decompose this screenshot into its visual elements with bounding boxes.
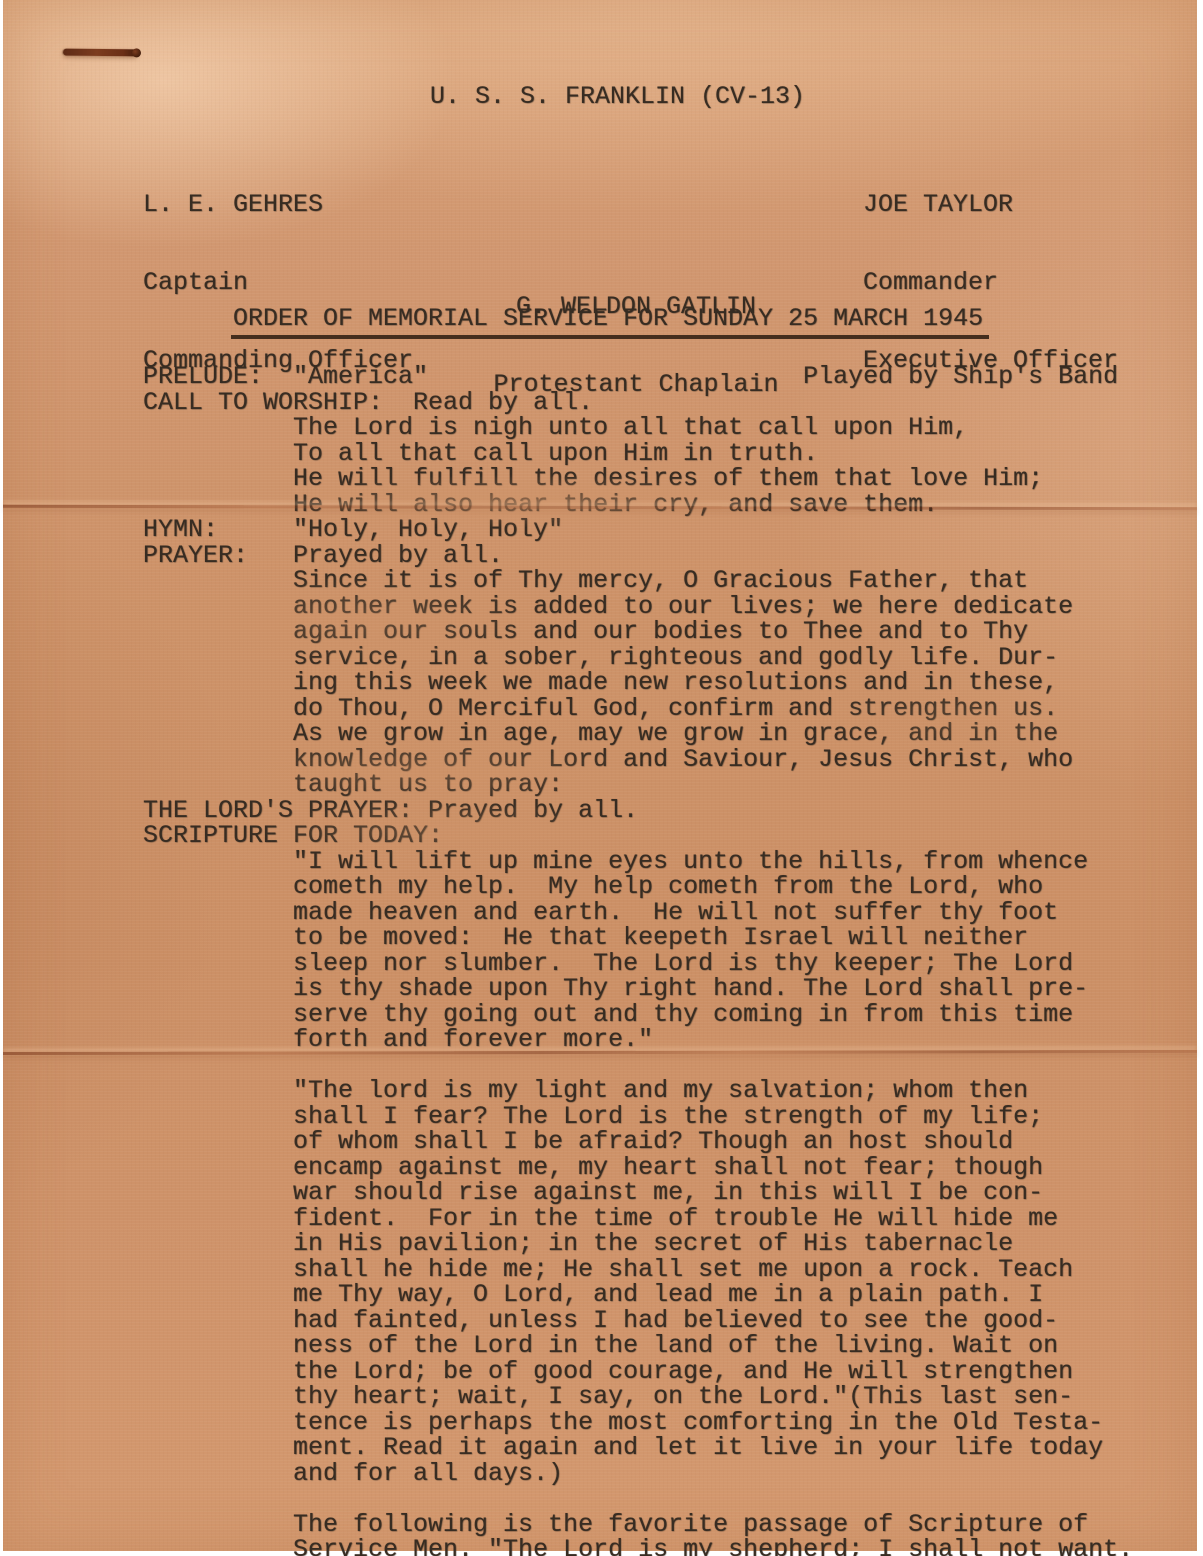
typed-line: do Thou, O Merciful God, confirm and str… [143, 696, 1133, 722]
typed-line: to be moved: He that keepeth Israel will… [143, 925, 1133, 951]
typed-line: another week is added to our lives; we h… [143, 594, 1133, 620]
typed-line: ing this week we made new resolutions an… [143, 670, 1133, 696]
typed-line: "The lord is my light and my salvation; … [143, 1078, 1133, 1104]
officer-rank: Commander [863, 270, 1118, 296]
typed-line: the Lord; be of good courage, and He wil… [143, 1359, 1133, 1385]
typed-line: again our souls and our bodies to Thee a… [143, 619, 1133, 645]
typed-line: Since it is of Thy mercy, O Gracious Fat… [143, 568, 1133, 594]
typed-line: ness of the Lord in the land of the livi… [143, 1333, 1133, 1359]
typed-line: of whom shall I be afraid? Though an hos… [143, 1129, 1133, 1155]
officer-rank: Captain [143, 270, 413, 296]
typed-line: The Lord is nigh unto all that call upon… [143, 415, 1133, 441]
typed-line: SCRIPTURE FOR TODAY: [143, 823, 1133, 849]
staple [63, 49, 138, 57]
document-paper: U. S. S. FRANKLIN (CV-13) L. E. GEHRES C… [3, 0, 1197, 1551]
officer-name: L. E. GEHRES [143, 192, 413, 218]
typed-line: fident. For in the time of trouble He wi… [143, 1206, 1133, 1232]
typed-line: tence is perhaps the most comforting in … [143, 1410, 1133, 1436]
typed-line: To all that call upon Him in truth. [143, 441, 1133, 467]
typed-line: As we grow in age, may we grow in grace,… [143, 721, 1133, 747]
typed-line: THE LORD'S PRAYER: Prayed by all. [143, 798, 1133, 824]
typed-line: CALL TO WORSHIP: Read by all. [143, 390, 1133, 416]
typed-line: shall I fear? The Lord is the strength o… [143, 1104, 1133, 1130]
typed-line: encamp against me, my heart shall not fe… [143, 1155, 1133, 1181]
typed-line: taught us to pray: [143, 772, 1133, 798]
typed-line: cometh my help. My help cometh from the … [143, 874, 1133, 900]
officer-name: JOE TAYLOR [863, 192, 1118, 218]
typed-line: PRELUDE: "America" Played by Ship's Band [143, 364, 1133, 390]
typed-line: serve thy going out and thy coming in fr… [143, 1002, 1133, 1028]
typed-line: PRAYER: Prayed by all. [143, 543, 1133, 569]
typed-line: shall he hide me; He shall set me upon a… [143, 1257, 1133, 1283]
typed-line [143, 1053, 1133, 1079]
order-of-service-title: ORDER OF MEMORIAL SERVICE FOR SUNDAY 25 … [231, 306, 989, 339]
typed-line: made heaven and earth. He will not suffe… [143, 900, 1133, 926]
typed-line: He will fulfill the desires of them that… [143, 466, 1133, 492]
typed-line: in His pavilion; in the secret of His ta… [143, 1231, 1133, 1257]
typed-line: and for all days.) [143, 1461, 1133, 1487]
typed-line: ment. Read it again and let it live in y… [143, 1435, 1133, 1461]
typed-line: Service Men. "The Lord is my shepherd; I… [143, 1537, 1133, 1556]
ship-title: U. S. S. FRANKLIN (CV-13) [430, 84, 805, 110]
typed-line: sleep nor slumber. The Lord is thy keepe… [143, 951, 1133, 977]
typed-line [143, 1486, 1133, 1512]
typed-line: knowledge of our Lord and Saviour, Jesus… [143, 747, 1133, 773]
typed-line: "I will lift up mine eyes unto the hills… [143, 849, 1133, 875]
typed-line: thy heart; wait, I say, on the Lord."(Th… [143, 1384, 1133, 1410]
typed-line: HYMN: "Holy, Holy, Holy" [143, 517, 1133, 543]
typed-line: is thy shade upon Thy right hand. The Lo… [143, 976, 1133, 1002]
typed-line: had fainted, unless I had believed to se… [143, 1308, 1133, 1334]
typed-line: The following is the favorite passage of… [143, 1512, 1133, 1538]
typed-line: He will also hear their cry, and save th… [143, 492, 1133, 518]
typed-body: PRELUDE: "America" Played by Ship's Band… [143, 364, 1133, 1556]
typed-line: forth and forever more." [143, 1027, 1133, 1053]
typed-line: me Thy way, O Lord, and lead me in a pla… [143, 1282, 1133, 1308]
typed-line: war should rise against me, in this will… [143, 1180, 1133, 1206]
typed-line: service, in a sober, righteous and godly… [143, 645, 1133, 671]
